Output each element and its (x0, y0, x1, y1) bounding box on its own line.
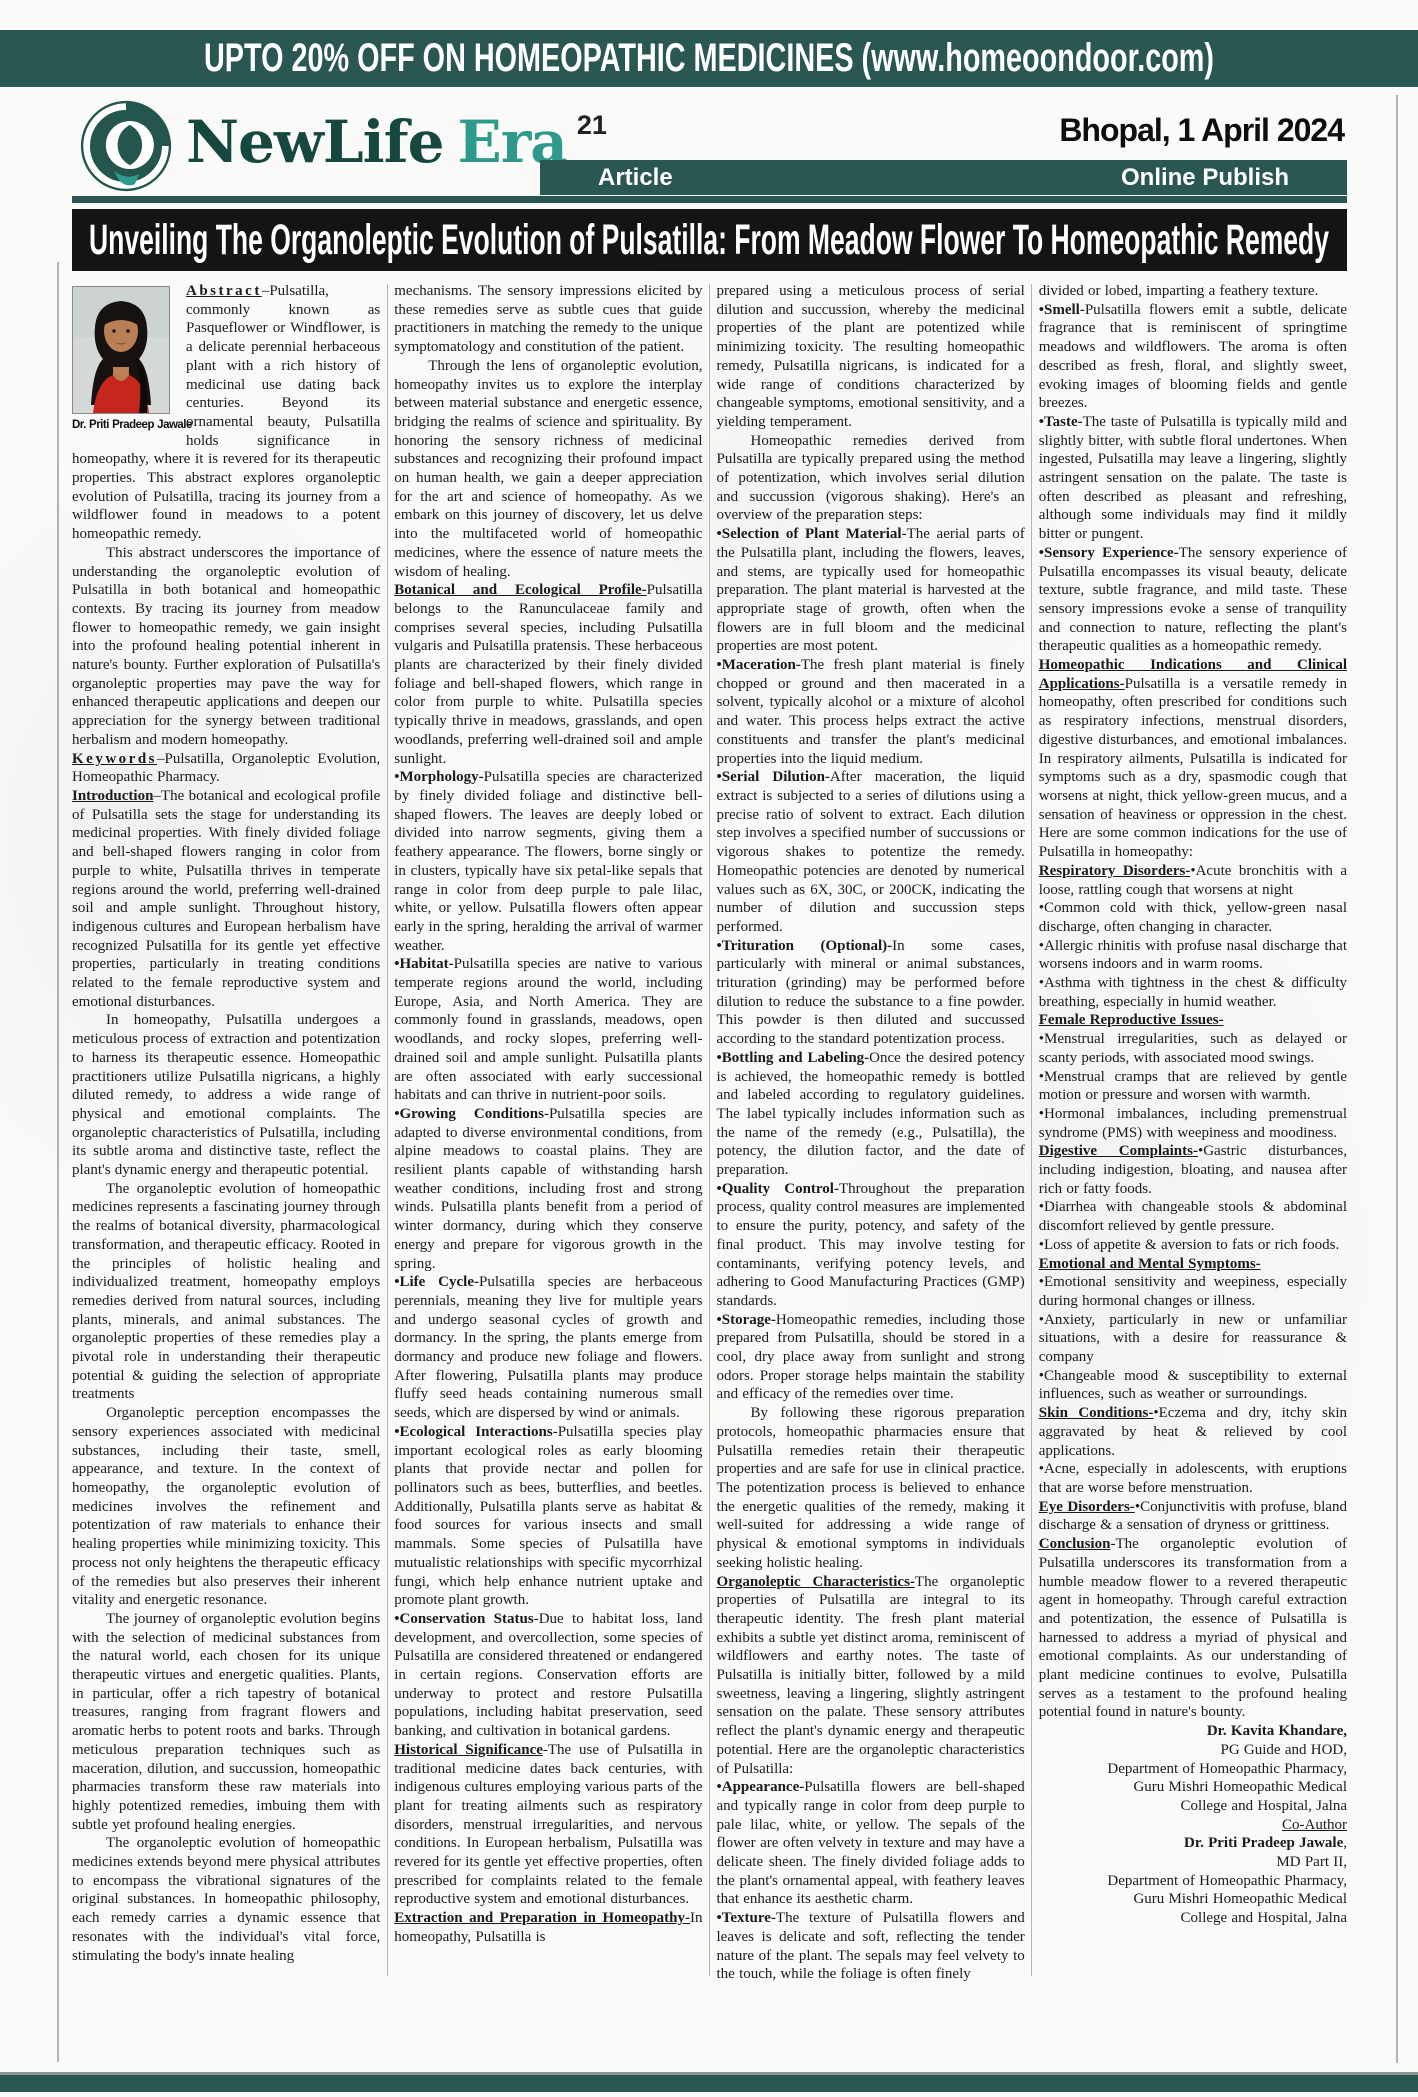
text-run: Pulsatilla flowers emit a subtle, delica… (1039, 302, 1347, 412)
heading-run: •Serial Dilution- (717, 769, 830, 785)
text-run: The sensory experience of Pulsatilla enc… (1039, 545, 1347, 655)
heading-run: Emotional and Mental Symptoms- (1039, 1256, 1261, 1272)
heading-run: •Habitat- (394, 956, 453, 972)
paragraph: •Sensory Experience-The sensory experien… (1039, 544, 1347, 656)
heading-run: Dr. Priti Pradeep Jawale (1184, 1835, 1343, 1851)
headline-svg: Unveiling The Organoleptic Evolution of … (80, 211, 1339, 269)
paragraph: •Common cold with thick, yellow-green na… (1039, 899, 1347, 936)
text-run: Throughout the preparation process, qual… (717, 1181, 1025, 1309)
paragraph: Organoleptic Characteristics-The organol… (717, 1573, 1025, 1779)
text-run: •Changeable mood & susceptibility to ext… (1039, 1368, 1347, 1403)
dateline: Bhopal, 1 April 2024 (1059, 112, 1344, 149)
newspaper-page: UPTO 20% OFF ON HOMEOPATHIC MEDICINES (w… (0, 0, 1418, 2097)
paragraph: Emotional and Mental Symptoms- (1039, 1255, 1347, 1274)
article-body: Dr. Priti Pradeep Jawale Abstract–Pulsat… (72, 282, 1347, 1984)
paragraph: •Menstrual irregularities, such as delay… (1039, 1030, 1347, 1067)
paragraph: prepared using a meticulous process of s… (717, 282, 1025, 432)
paragraph: Respiratory Disorders-•Acute bronchitis … (1039, 862, 1347, 899)
paragraph: •Serial Dilution-After maceration, the l… (717, 768, 1025, 936)
column-1: Dr. Priti Pradeep Jawale Abstract–Pulsat… (72, 282, 380, 1984)
text-run: In some cases, particularly with mineral… (717, 938, 1025, 1048)
paragraph: The journey of organoleptic evolution be… (72, 1610, 380, 1834)
heading-run: •Conservation Status (394, 1611, 533, 1627)
paragraph: Dr. Kavita Khandare, (1039, 1722, 1347, 1741)
paragraph: MD Part II, (1039, 1853, 1347, 1872)
text-run: -The organoleptic evolution of Pulsatill… (1039, 1536, 1347, 1720)
text-run: •Asthma with tightness in the chest & di… (1039, 975, 1347, 1010)
heading-run: •Morphology- (394, 769, 483, 785)
text-run: -Due to habitat loss, land development, … (394, 1611, 702, 1739)
paragraph: Botanical and Ecological Profile-Pulsati… (394, 581, 702, 768)
text-run: The taste of Pulsatilla is typically mil… (1039, 414, 1347, 542)
page-left-border (57, 262, 59, 2062)
paragraph: Through the lens of organoleptic evoluti… (394, 357, 702, 581)
text-run: -The use of Pulsatilla in traditional me… (394, 1742, 702, 1908)
paragraph: This abstract underscores the importance… (72, 544, 380, 750)
column-2: mechanisms. The sensory impressions elic… (394, 282, 702, 1984)
leaf-swirl-icon (78, 98, 174, 194)
text-run: The organoleptic evolution of homeopathi… (72, 1181, 380, 1403)
paragraph: Female Reproductive Issues- (1039, 1011, 1347, 1030)
text-run: divided or lobed, imparting a feathery t… (1039, 283, 1319, 299)
paragraph: •Texture-The texture of Pulsatilla flowe… (717, 1909, 1025, 1984)
heading-run: Keywords (72, 751, 157, 767)
paragraph: In homeopathy, Pulsatilla undergoes a me… (72, 1011, 380, 1179)
heading-run: Skin Conditions- (1039, 1405, 1154, 1421)
promo-banner-text: UPTO 20% OFF ON HOMEOPATHIC MEDICINES (w… (204, 36, 1214, 80)
text-run: mechanisms. The sensory impressions elic… (394, 283, 702, 355)
heading-run: Eye Disorders- (1039, 1499, 1135, 1515)
paragraph: •Menstrual cramps that are relieved by g… (1039, 1068, 1347, 1105)
heading-run: •Growing Conditions (394, 1106, 544, 1122)
text-run: College and Hospital, Jalna (1181, 1798, 1347, 1814)
headline-bar: Unveiling The Organoleptic Evolution of … (72, 209, 1347, 271)
paragraph: •Trituration (Optional)-In some cases, p… (717, 937, 1025, 1049)
paragraph: •Changeable mood & susceptibility to ext… (1039, 1367, 1347, 1404)
paragraph: Extraction and Preparation in Homeopathy… (394, 1909, 702, 1946)
column-3: prepared using a meticulous process of s… (717, 282, 1025, 1984)
paragraph: The organoleptic evolution of homeopathi… (72, 1834, 380, 1965)
text-run: •Menstrual cramps that are relieved by g… (1039, 1069, 1347, 1104)
text-run: •Hormonal imbalances, including premenst… (1039, 1106, 1347, 1141)
heading-run: Dr. Kavita Khandare, (1207, 1723, 1347, 1739)
masthead-rule (72, 196, 1347, 203)
heading-run: •Life Cycle- (394, 1274, 479, 1290)
page-right-border (1396, 95, 1398, 2063)
heading-run: •Storage- (717, 1312, 776, 1328)
paragraph: •Allergic rhinitis with profuse nasal di… (1039, 937, 1347, 974)
paragraph: •Growing Conditions-Pulsatilla species a… (394, 1105, 702, 1273)
paragraph: •Quality Control-Throughout the preparat… (717, 1180, 1025, 1311)
promo-banner-text-svg: UPTO 20% OFF ON HOMEOPATHIC MEDICINES (w… (0, 30, 1418, 87)
text-run: Homeopathic remedies derived from Pulsat… (717, 433, 1025, 524)
paragraph: •Anxiety, particularly in new or unfamil… (1039, 1311, 1347, 1367)
heading-run: •Smell- (1039, 302, 1085, 318)
heading-run: •Selection of Plant Material (717, 526, 902, 542)
paragraph: •Bottling and Labeling-Once the desired … (717, 1049, 1025, 1180)
paragraph: Co-Author (1039, 1816, 1347, 1835)
paragraph: Keywords–Pulsatilla, Organoleptic Evolut… (72, 750, 380, 787)
paragraph: College and Hospital, Jalna (1039, 1909, 1347, 1928)
paragraph: PG Guide and HOD, (1039, 1741, 1347, 1760)
paragraph: College and Hospital, Jalna (1039, 1797, 1347, 1816)
column-4: divided or lobed, imparting a feathery t… (1039, 282, 1347, 1984)
heading-run: Extraction and Preparation in Homeopathy… (394, 1910, 690, 1926)
text-run: Once the desired potency is achieved, th… (717, 1050, 1025, 1178)
paragraph: divided or lobed, imparting a feathery t… (1039, 282, 1347, 301)
column-divider (709, 284, 710, 1976)
paragraph: Eye Disorders-•Conjunctivitis with profu… (1039, 1498, 1347, 1535)
paragraph: •Diarrhea with changeable stools & abdom… (1039, 1198, 1347, 1235)
text-run: Guru Mishri Homeopathic Medical (1133, 1779, 1347, 1795)
headline-text: Unveiling The Organoleptic Evolution of … (89, 216, 1329, 264)
heading-run: •Maceration- (717, 657, 801, 673)
column-divider (387, 284, 388, 1976)
paragraph: •Selection of Plant Material-The aerial … (717, 525, 1025, 656)
text-run: •Menstrual irregularities, such as delay… (1039, 1031, 1347, 1066)
text-run: -The aerial parts of the Pulsatilla plan… (717, 526, 1025, 654)
paragraph: •Hormonal imbalances, including premenst… (1039, 1105, 1347, 1142)
text-run: •Emotional sensitivity and weepiness, es… (1039, 1274, 1347, 1309)
paragraph: The organoleptic evolution of homeopathi… (72, 1180, 380, 1404)
paragraph: •Asthma with tightness in the chest & di… (1039, 974, 1347, 1011)
heading-run: •Ecological Interactions (394, 1424, 552, 1440)
heading-run: •Texture- (717, 1910, 776, 1926)
heading-run: •Quality Control- (717, 1181, 839, 1197)
heading-run: Co-Author (1282, 1817, 1347, 1833)
page-number: 21 (577, 110, 607, 140)
paragraph: •Life Cycle-Pulsatilla species are herba… (394, 1273, 702, 1423)
heading-run: Female Reproductive Issues- (1039, 1012, 1224, 1028)
text-run: Through the lens of organoleptic evoluti… (394, 358, 702, 580)
text-run: The journey of organoleptic evolution be… (72, 1611, 380, 1833)
text-run: College and Hospital, Jalna (1181, 1910, 1347, 1926)
paragraph: Homeopathic remedies derived from Pulsat… (717, 432, 1025, 526)
brand-first: NewLife (186, 108, 444, 176)
text-run: •Diarrhea with changeable stools & abdom… (1039, 1199, 1347, 1234)
paragraph: Department of Homeopathic Pharmacy, (1039, 1760, 1347, 1779)
author-portrait-image (72, 286, 170, 414)
text-run: -Pulsatilla species are adapted to diver… (394, 1106, 702, 1272)
heading-run: Respiratory Disorders- (1039, 863, 1191, 879)
paragraph: Organoleptic perception encompasses the … (72, 1404, 380, 1610)
paragraph: Department of Homeopathic Pharmacy, (1039, 1872, 1347, 1891)
heading-run: Historical Significance (394, 1742, 543, 1758)
heading-run: •Appearance- (717, 1779, 805, 1795)
heading-run: Digestive Complaints- (1039, 1143, 1198, 1159)
text-run: Pulsatilla species are native to various… (394, 956, 702, 1103)
text-run: In homeopathy, Pulsatilla undergoes a me… (72, 1012, 380, 1178)
paragraph: •Maceration-The fresh plant material is … (717, 656, 1025, 768)
paragraph: •Emotional sensitivity and weepiness, es… (1039, 1273, 1347, 1310)
text-run: PG Guide and HOD, (1221, 1742, 1348, 1758)
heading-run: Botanical and Ecological Profile- (394, 582, 646, 598)
text-run: •Anxiety, particularly in new or unfamil… (1039, 1312, 1347, 1365)
text-run: Pulsatilla flowers are bell-shaped and t… (717, 1779, 1025, 1907)
text-run: Pulsatilla is a versatile remedy in home… (1039, 676, 1347, 860)
column-divider (1031, 284, 1032, 1976)
paragraph: Homeopathic Indications and Clinical App… (1039, 656, 1347, 862)
paragraph: Skin Conditions-•Eczema and dry, itchy s… (1039, 1404, 1347, 1460)
text-run: -Pulsatilla species play important ecolo… (394, 1424, 702, 1608)
text-run: Department of Homeopathic Pharmacy, (1107, 1873, 1347, 1889)
publish-label: Online Publish (1121, 164, 1289, 192)
section-bar: Article Online Publish (540, 160, 1347, 195)
heading-run: •Sensory Experience- (1039, 545, 1179, 561)
paragraph: •Ecological Interactions-Pulsatilla spec… (394, 1423, 702, 1610)
promo-banner: UPTO 20% OFF ON HOMEOPATHIC MEDICINES (w… (0, 30, 1418, 87)
text-run: Department of Homeopathic Pharmacy, (1107, 1761, 1347, 1777)
heading-run: •Trituration (Optional)- (717, 938, 893, 954)
heading-run: Abstract (186, 283, 262, 299)
text-run: By following these rigorous preparation … (717, 1405, 1025, 1571)
text-run: Pulsatilla species are characterized by … (394, 769, 702, 953)
text-run: The organoleptic evolution of homeopathi… (72, 1835, 380, 1963)
paragraph: •Appearance-Pulsatilla flowers are bell-… (717, 1778, 1025, 1909)
paragraph: Dr. Priti Pradeep Jawale, (1039, 1834, 1347, 1853)
paragraph: •Morphology-Pulsatilla species are chara… (394, 768, 702, 955)
text-run: –The botanical and ecological profile of… (72, 788, 380, 1010)
footer-bar (0, 2072, 1418, 2092)
paragraph: By following these rigorous preparation … (717, 1404, 1025, 1572)
paragraph: mechanisms. The sensory impressions elic… (394, 282, 702, 357)
paragraph: Guru Mishri Homeopathic Medical (1039, 1778, 1347, 1797)
paragraph: •Storage-Homeopathic remedies, including… (717, 1311, 1025, 1405)
text-run: , (1343, 1835, 1347, 1851)
paragraph: Conclusion-The organoleptic evolution of… (1039, 1535, 1347, 1722)
paragraph: •Conservation Status-Due to habitat loss… (394, 1610, 702, 1741)
paragraph: Introduction–The botanical and ecologica… (72, 787, 380, 1011)
text-run: Pulsatilla species are herbaceous perenn… (394, 1274, 702, 1421)
text-run: Pulsatilla belongs to the Ranunculaceae … (394, 582, 702, 766)
text-run: •Loss of appetite & aversion to fats or … (1039, 1237, 1340, 1253)
heading-run: •Taste- (1039, 414, 1083, 430)
heading-run: Organoleptic Characteristics- (717, 1574, 915, 1590)
paragraph: •Smell-Pulsatilla flowers emit a subtle,… (1039, 301, 1347, 413)
heading-run: •Bottling and Labeling- (717, 1050, 870, 1066)
section-label: Article (598, 164, 673, 192)
photo-caption: Dr. Priti Pradeep Jawale (72, 416, 176, 435)
text-run: After maceration, the liquid extract is … (717, 769, 1025, 935)
paragraph: •Habitat-Pulsatilla species are native t… (394, 955, 702, 1105)
text-run: MD Part II, (1276, 1854, 1347, 1870)
heading-run: Conclusion (1039, 1536, 1111, 1552)
paragraph: Digestive Complaints-•Gastric disturbanc… (1039, 1142, 1347, 1198)
text-run: The fresh plant material is finely chopp… (717, 657, 1025, 767)
text-run: •Allergic rhinitis with profuse nasal di… (1039, 938, 1347, 973)
paragraph: Guru Mishri Homeopathic Medical (1039, 1890, 1347, 1909)
text-run: •Common cold with thick, yellow-green na… (1039, 900, 1347, 935)
paragraph: •Loss of appetite & aversion to fats or … (1039, 1236, 1347, 1255)
text-run: Guru Mishri Homeopathic Medical (1133, 1891, 1347, 1907)
author-photo: Dr. Priti Pradeep Jawale (72, 286, 176, 435)
newlife-logo-icon (78, 98, 174, 194)
paragraph: •Taste-The taste of Pulsatilla is typica… (1039, 413, 1347, 544)
text-run: This abstract underscores the importance… (72, 545, 380, 748)
paragraph: •Acne, especially in adolescents, with e… (1039, 1460, 1347, 1497)
text-run: •Acne, especially in adolescents, with e… (1039, 1461, 1347, 1496)
heading-run: Introduction (72, 788, 153, 804)
text-run: The organoleptic properties of Pulsatill… (717, 1574, 1025, 1777)
text-run: Organoleptic perception encompasses the … (72, 1405, 380, 1608)
paragraph: Historical Significance-The use of Pulsa… (394, 1741, 702, 1909)
text-run: prepared using a meticulous process of s… (717, 283, 1025, 430)
